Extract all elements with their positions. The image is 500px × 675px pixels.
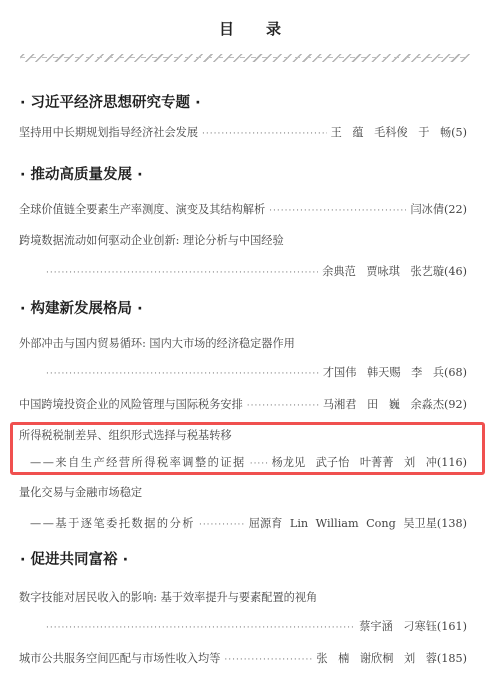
decorative-divider bbox=[20, 54, 470, 62]
entry-authors: 张 楠 谢欣桐 刘 蓉 bbox=[316, 650, 437, 666]
toc-entry-title-line-highlighted[interactable]: 所得税税制差异、组织形式选择与税基转移 bbox=[19, 427, 232, 445]
entry-page: (22) bbox=[444, 203, 467, 216]
toc-entry-title-line[interactable]: 外部冲击与国内贸易循环: 国内大市场的经济稳定器作用 bbox=[19, 335, 295, 353]
entry-page: (161) bbox=[437, 620, 467, 633]
entry-authors: 马湘君 田 巍 余淼杰 bbox=[323, 396, 444, 412]
entry-page: (116) bbox=[437, 456, 467, 469]
entry-title: 跨境数据流动如何驱动企业创新: 理论分析与中国经验 bbox=[19, 232, 284, 248]
entry-page: (5) bbox=[451, 126, 467, 139]
toc-entry[interactable]: 坚持用中长期规划指导经济社会发展 王 蕴 毛科俊 于 畅(5) bbox=[19, 124, 467, 142]
toc-entry-subtitle-line-highlighted[interactable]: ——来自生产经营所得税率调整的证据 杨龙见 武子怡 叶菁菁 刘 冲(116) bbox=[30, 454, 467, 472]
leader-dots bbox=[46, 623, 355, 633]
entry-authors: 才国伟 韩天赐 李 兵 bbox=[323, 364, 444, 380]
entry-page: (138) bbox=[437, 517, 467, 530]
toc-title-char-1: 目 bbox=[219, 18, 234, 39]
entry-authors: 杨龙见 武子怡 叶菁菁 刘 冲 bbox=[272, 454, 437, 470]
entry-title: 坚持用中长期规划指导经济社会发展 bbox=[19, 124, 198, 140]
entry-authors: 闫冰倩 bbox=[410, 201, 444, 217]
toc-entry-subtitle-line[interactable]: ——基于逐笔委托数据的分析 屈源育 Lin William Cong 吴卫星(1… bbox=[30, 515, 467, 533]
toc-title-char-2: 录 bbox=[266, 18, 281, 39]
entry-page: (46) bbox=[444, 265, 467, 278]
entry-title: 所得税税制差异、组织形式选择与税基转移 bbox=[19, 427, 232, 443]
entry-page: (185) bbox=[437, 652, 467, 665]
leader-dots bbox=[46, 369, 319, 379]
toc-entry[interactable]: 中国跨境投资企业的风险管理与国际税务安排 马湘君 田 巍 余淼杰(92) bbox=[19, 396, 467, 414]
toc-entry-author-line[interactable]: 余典范 贾咏琪 张艺璇(46) bbox=[46, 263, 467, 281]
entry-authors: 王 蕴 毛科俊 于 畅 bbox=[331, 124, 452, 140]
leader-dots bbox=[46, 268, 318, 278]
entry-authors: 余典范 贾咏琪 张艺璇 bbox=[322, 263, 444, 279]
entry-authors: 蔡宇涵 刁寒钰 bbox=[359, 618, 437, 634]
toc-entry-title-line[interactable]: 数字技能对居民收入的影响: 基于效率提升与要素配置的视角 bbox=[19, 589, 317, 607]
entry-title: 全球价值链全要素生产率测度、演变及其结构解析 bbox=[19, 201, 265, 217]
section-heading-high-quality: · 推动高质量发展 · bbox=[20, 163, 143, 184]
leader-dots bbox=[224, 655, 312, 665]
toc-entry[interactable]: 全球价值链全要素生产率测度、演变及其结构解析 闫冰倩(22) bbox=[19, 201, 467, 219]
toc-entry[interactable]: 城市公共服务空间匹配与市场性收入均等 张 楠 谢欣桐 刘 蓉(185) bbox=[19, 650, 467, 668]
entry-title: 中国跨境投资企业的风险管理与国际税务安排 bbox=[19, 396, 243, 412]
section-heading-xi-thought: · 习近平经济思想研究专题 · bbox=[20, 91, 201, 112]
entry-page: (68) bbox=[444, 366, 467, 379]
toc-title: 目录 bbox=[0, 18, 500, 39]
leader-dots bbox=[269, 206, 406, 216]
leader-dots bbox=[199, 520, 245, 530]
toc-entry-author-line[interactable]: 才国伟 韩天赐 李 兵(68) bbox=[46, 364, 467, 382]
entry-subtitle: ——基于逐笔委托数据的分析 bbox=[30, 515, 195, 531]
leader-dots bbox=[247, 401, 319, 411]
entry-title: 外部冲击与国内贸易循环: 国内大市场的经济稳定器作用 bbox=[19, 335, 295, 351]
entry-title: 城市公共服务空间匹配与市场性收入均等 bbox=[19, 650, 220, 666]
entry-title: 数字技能对居民收入的影响: 基于效率提升与要素配置的视角 bbox=[19, 589, 317, 605]
section-heading-common-prosperity: · 促进共同富裕 · bbox=[20, 548, 128, 569]
toc-entry-author-line[interactable]: 蔡宇涵 刁寒钰(161) bbox=[46, 618, 467, 636]
entry-subtitle: ——来自生产经营所得税率调整的证据 bbox=[30, 454, 246, 470]
section-heading-new-pattern: · 构建新发展格局 · bbox=[20, 297, 143, 318]
entry-title: 量化交易与金融市场稳定 bbox=[19, 484, 142, 500]
entry-page: (92) bbox=[444, 398, 467, 411]
toc-entry-title-line[interactable]: 跨境数据流动如何驱动企业创新: 理论分析与中国经验 bbox=[19, 232, 284, 250]
toc-entry-title-line[interactable]: 量化交易与金融市场稳定 bbox=[19, 484, 142, 502]
leader-dots bbox=[250, 459, 268, 469]
leader-dots bbox=[202, 129, 327, 139]
entry-authors: 屈源育 Lin William Cong 吴卫星 bbox=[249, 515, 437, 531]
